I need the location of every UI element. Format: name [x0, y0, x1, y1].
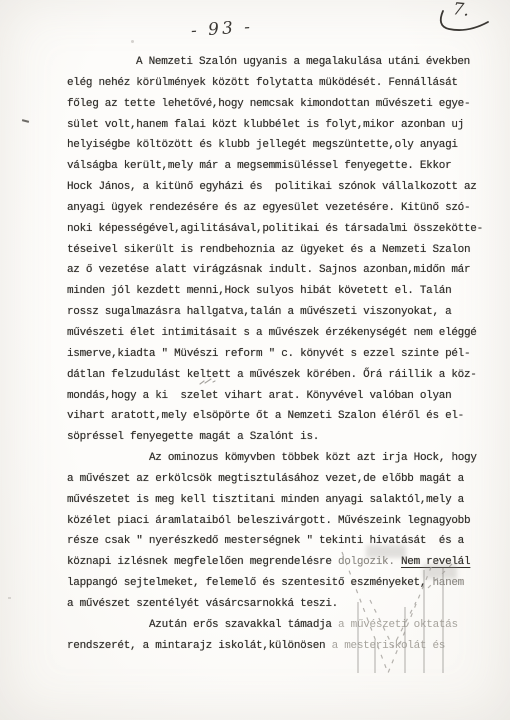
text-line: válságba került,mely már a megsemmisülés… — [67, 156, 493, 177]
text-line: ismerve,kiadta " Müvészi reform " c. kön… — [67, 344, 493, 365]
text-segment: a művészet szentélyét vásárcsarnokká tes… — [67, 598, 338, 610]
text-segment: söpréssel fenyegette magát a Szalónt is. — [67, 431, 319, 443]
text-segment: köznapi izlésnek megfelelően megrendelés… — [67, 556, 338, 568]
text-segment: Az ominozus kömyvben többek közt azt irj… — [149, 452, 477, 464]
text-line: köznapi izlésnek megfelelően megrendelés… — [67, 552, 493, 573]
text-segment: a művészet az erkölcsök megtisztulásához… — [67, 473, 464, 485]
text-segment: vihart aratott,mely elsöpörte őt a Nemze… — [67, 410, 464, 422]
text-segment: művészeti élet intimitásait s a művészek… — [67, 327, 477, 339]
text-line: lappangó sejtelmeket, felemelő és szente… — [67, 573, 493, 594]
text-line: főleg az tette lehetővé,hogy nemcsak kim… — [67, 94, 493, 115]
text-segment: Hock János, a kitünő egyházi és politika… — [67, 181, 477, 193]
document-page: 7. - 93 - A Nemzeti Szalón ugyanis a meg… — [0, 0, 510, 720]
text-segment: helyiségbe költözött és klubb jellegét m… — [67, 139, 458, 151]
text-line: művészeti élet intimitásait s a művészek… — [67, 323, 493, 344]
text-segment: az ő vezetése alatt virágzásnak indult. … — [67, 264, 470, 276]
text-segment: mondás,hogy a ki szelet vihart arat. Kön… — [67, 390, 451, 402]
text-line: művészetet is meg kell tisztitani minden… — [67, 490, 493, 511]
text-line: Azután erős szavakkal támadja a művészet… — [67, 615, 493, 636]
text-line: a művészet szentélyét vásárcsarnokká tes… — [67, 594, 493, 615]
text-line: az ő vezetése alatt virágzásnak indult. … — [67, 260, 493, 281]
text-line: rendszerét, a mintarajz iskolát,különöse… — [67, 636, 493, 657]
text-line: téseivel sikerült is rendbehoznia az ügy… — [67, 240, 493, 261]
text-segment: A Nemzeti Szalón ugyanis a megalakulása … — [136, 56, 470, 68]
scan-speck — [8, 597, 11, 599]
handwritten-correction-mark — [199, 377, 217, 386]
text-line: Az ominozus kömyvben többek közt azt irj… — [67, 448, 493, 469]
text-line: dátlan felzudulást keltett a művészek kö… — [67, 365, 493, 386]
text-segment: dátlan felzudulást keltett a művészek kö… — [67, 369, 477, 381]
text-segment: dolgozik. — [338, 556, 401, 568]
text-segment: anyagi ügyek rendezésére és az egyesület… — [67, 202, 470, 214]
text-segment: a művészeti oktatás — [338, 619, 458, 631]
text-segment: Nem revelál — [401, 556, 470, 568]
text-line: Hock János, a kitünő egyházi és politika… — [67, 177, 493, 198]
text-line: a művészet az erkölcsök megtisztulásához… — [67, 469, 493, 490]
text-line: söpréssel fenyegette magát a Szalónt is. — [67, 427, 493, 448]
text-segment: a mesteriskolát és — [332, 640, 445, 652]
page-number: - 93 - — [190, 17, 253, 41]
text-line: része csak " nyerészkedő mesterségnek " … — [67, 531, 493, 552]
text-segment: művészetet is meg kell tisztitani minden… — [67, 494, 464, 506]
text-segment: ismerve,kiadta " Müvészi reform " c. kön… — [67, 348, 470, 360]
text-line: helyiségbe költözött és klubb jellegét m… — [67, 135, 493, 156]
text-line: mondás,hogy a ki szelet vihart arat. Kön… — [67, 386, 493, 407]
text-segment: Azután erős szavakkal támadja — [149, 619, 338, 631]
text-segment: téseivel sikerült is rendbehoznia az ügy… — [67, 244, 470, 256]
margin-stray-mark — [22, 119, 29, 123]
text-line: közélet piaci áramlataiból beleszivárgot… — [67, 511, 493, 532]
text-line: sület volt,hanem falai közt klubbélet is… — [67, 115, 493, 136]
text-segment: minden jól kezdett menni,Hock sulyos hib… — [67, 285, 451, 297]
text-line: elég nehéz körülmények között folytatta … — [67, 73, 493, 94]
text-line: vihart aratott,mely elsöpörte őt a Nemze… — [67, 406, 493, 427]
text-line: A Nemzeti Szalón ugyanis a megalakulása … — [67, 52, 493, 73]
text-segment: hanem — [432, 577, 464, 589]
text-line: noki képességével,agilitásával,politikai… — [67, 219, 493, 240]
text-segment: rendszerét, a mintarajz iskolát,különöse… — [67, 640, 332, 652]
text-segment: lappangó sejtelmeket, felemelő és szente… — [67, 577, 432, 589]
text-line: minden jól kezdett menni,Hock sulyos hib… — [67, 281, 493, 302]
document-body: A Nemzeti Szalón ugyanis a megalakulása … — [67, 52, 493, 656]
text-segment: közélet piaci áramlataiból beleszivárgot… — [67, 515, 470, 527]
text-line: rossz sugalmazásra hallgatva,talán a műv… — [67, 302, 493, 323]
text-segment: része csak " nyerészkedő mesterségnek " … — [67, 535, 464, 547]
text-line: anyagi ügyek rendezésére és az egyesület… — [67, 198, 493, 219]
scan-speck — [131, 40, 134, 43]
text-segment: főleg az tette lehetővé,hogy nemcsak kim… — [67, 98, 470, 110]
text-segment: válságba került,mely már a megsemmisülés… — [67, 160, 451, 172]
text-segment: sület volt,hanem falai közt klubbélet is… — [67, 119, 464, 131]
text-segment: rossz sugalmazásra hallgatva,talán a műv… — [67, 306, 451, 318]
text-segment: noki képességével,agilitásával,politikai… — [67, 223, 483, 235]
corner-underline-mark — [438, 8, 494, 36]
text-segment: elég nehéz körülmények között folytatta … — [67, 77, 458, 89]
